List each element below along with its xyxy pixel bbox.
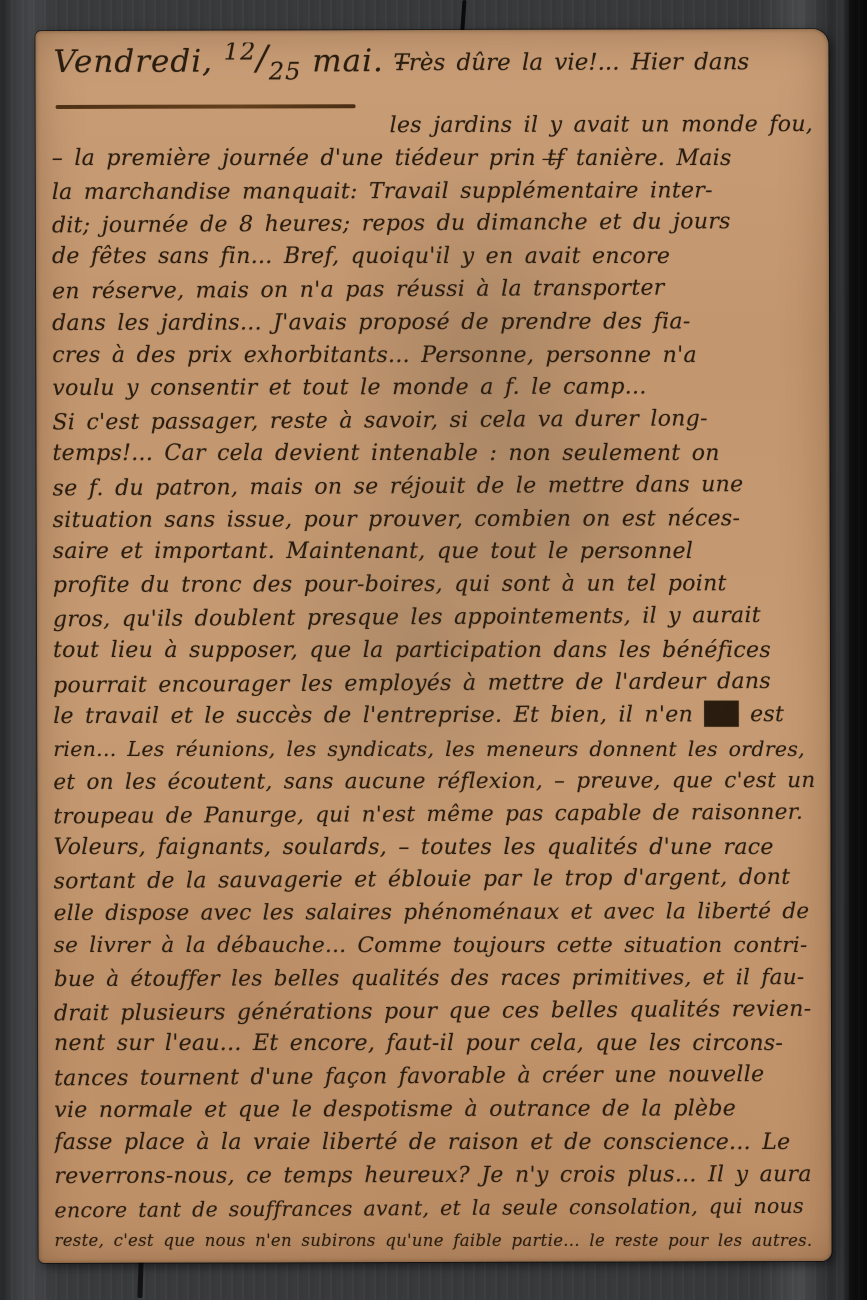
date-group: Vendredi, 12/25 mai. – — [53, 41, 411, 81]
date-gregorian: 25 — [269, 57, 302, 85]
manuscript-line: en réserve, mais on n'a pas réussi à la … — [52, 272, 817, 309]
manuscript-line: la marchandise manquait: Travail supplém… — [52, 175, 817, 210]
manuscript-line: fasse place à la vraie liberté de raison… — [54, 1127, 819, 1160]
manuscript-text-block: Vendredi, 12/25 mai. – Très dûre la vie!… — [51, 41, 819, 1255]
manuscript-line: gros, qu'ils doublent presque les appoin… — [53, 600, 818, 637]
manuscript-line: nent sur l'eau... Et encore, faut-il pou… — [54, 1028, 819, 1061]
manuscript-line: se f. du patron, mais on se réjouit de l… — [52, 468, 817, 505]
manuscript-line: situation sans issue, pour prouver, comb… — [53, 503, 818, 538]
manuscript-line: troupeau de Panurge, qui n'est même pas … — [53, 796, 818, 833]
manuscript-line: et on les écoutent, sans aucune réflexio… — [53, 765, 818, 800]
date-underline-rule — [56, 104, 356, 109]
manuscript-line: dans les jardins... J'avais proposé de p… — [52, 306, 817, 341]
manuscript-line: drait plusieurs générations pour que ces… — [54, 993, 819, 1030]
manuscript-line: elle dispose avec les salaires phénoména… — [54, 896, 819, 931]
manuscript-line: cres à des prix exhorbitants... Personne… — [52, 340, 817, 373]
background-ink-line-bottom — [137, 1260, 143, 1298]
manuscript-line: voulu y consentir et tout le monde a f. … — [52, 371, 817, 406]
manuscript-line: – la première journée d'une tiédeur prin… — [52, 143, 817, 176]
manuscript-line: dit; journée de 8 heures; repos du diman… — [52, 206, 817, 243]
manuscript-line: temps!... Car cela devient intenable : n… — [52, 438, 817, 471]
manuscript-line: sortant de la sauvagerie et éblouie par … — [54, 862, 819, 899]
manuscript-line: Si c'est passager, reste à savoir, si ce… — [52, 403, 817, 440]
manuscript-line: tout lieu à supposer, que la participati… — [53, 635, 818, 668]
date-julian: 12 — [224, 41, 257, 66]
manuscript-line: reste, c'est que nous n'en subirons qu'u… — [55, 1225, 820, 1255]
manuscript-line: encore tant de souffrances avant, et la … — [54, 1190, 819, 1227]
first-sentence: Très dûre la vie!... Hier dans — [393, 49, 749, 76]
manuscript-line: profite du tronc des pour-boires, qui so… — [53, 568, 818, 603]
manuscript-line: saire et important. Maintenant, que tout… — [53, 536, 818, 569]
postcard-paper: Vendredi, 12/25 mai. – Très dûre la vie!… — [35, 29, 831, 1263]
manuscript-line: le travail et le succès de l'entreprise.… — [53, 699, 818, 734]
dual-calendar-date: 12/25 — [224, 41, 302, 81]
manuscript-heading: Vendredi, 12/25 mai. – Très dûre la vie!… — [51, 41, 816, 111]
manuscript-line: de fêtes sans fin... Bref, quoiqu'il y e… — [52, 241, 817, 274]
manuscript-line: reverrons-nous, ce temps heureux? Je n'y… — [54, 1158, 819, 1193]
manuscript-line: vie normale et que le despotisme à outra… — [54, 1093, 819, 1128]
manuscript-line: tances tournent d'une façon favorable à … — [54, 1059, 819, 1096]
manuscript-line: se livrer à la débauche... Comme toujour… — [54, 930, 819, 963]
manuscript-line: rien... Les réunions, les syndicats, les… — [53, 733, 818, 766]
manuscript-line: Voleurs, faignants, soulards, – toutes l… — [54, 832, 819, 865]
date-slash: / — [256, 41, 269, 78]
manuscript-line: les jardins il y avait un monde fou, — [52, 108, 820, 144]
weekday-label: Vendredi, — [53, 44, 213, 80]
manuscript-line: bue à étouffer les belles qualités des r… — [54, 962, 819, 997]
manuscript-line: pourrait encourager les employés à mettr… — [53, 665, 818, 702]
